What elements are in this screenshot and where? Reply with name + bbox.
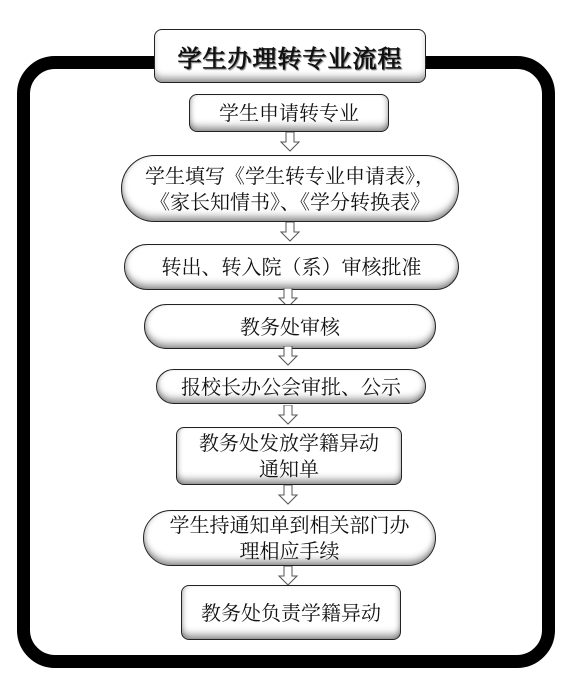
step-text: 理相应手续 bbox=[240, 538, 340, 564]
down-arrow-icon bbox=[280, 222, 300, 242]
down-arrow-icon bbox=[278, 485, 298, 505]
step-handle-procedures: 学生持通知单到相关部门办 理相应手续 bbox=[143, 510, 436, 566]
step-text: 学生填写《学生转专业申请表》， bbox=[145, 163, 435, 189]
step-fill-forms: 学生填写《学生转专业申请表》， 《家长知情书》、《学分转换表》 bbox=[121, 155, 459, 222]
down-arrow-icon bbox=[278, 566, 298, 586]
step-text: 《家长知情书》、《学分转换表》 bbox=[150, 189, 430, 215]
step-issue-notice: 教务处发放学籍异动 通知单 bbox=[176, 427, 402, 485]
step-academic-affairs-review: 教务处审核 bbox=[144, 304, 436, 349]
step-text: 通知单 bbox=[259, 456, 319, 482]
step-text: 学生持通知单到相关部门办 bbox=[170, 512, 410, 538]
step-text: 报校长办公会审批、公示 bbox=[181, 374, 401, 400]
diagram-title: 学生办理转专业流程 bbox=[154, 29, 426, 83]
step-text: 教务处负责学籍异动 bbox=[201, 600, 381, 626]
step-text: 转出、转入院（系）审核批准 bbox=[162, 254, 422, 280]
down-arrow-icon bbox=[280, 132, 300, 152]
step-status-change: 教务处负责学籍异动 bbox=[181, 585, 401, 640]
step-text: 教务处审核 bbox=[240, 314, 340, 340]
step-text: 教务处发放学籍异动 bbox=[199, 430, 379, 456]
step-president-approval: 报校长办公会审批、公示 bbox=[156, 369, 426, 404]
down-arrow-icon bbox=[278, 346, 298, 366]
step-apply: 学生申请转专业 bbox=[189, 94, 389, 132]
step-text: 学生申请转专业 bbox=[219, 100, 359, 126]
down-arrow-icon bbox=[278, 405, 298, 425]
step-department-approval: 转出、转入院（系）审核批准 bbox=[124, 244, 459, 290]
